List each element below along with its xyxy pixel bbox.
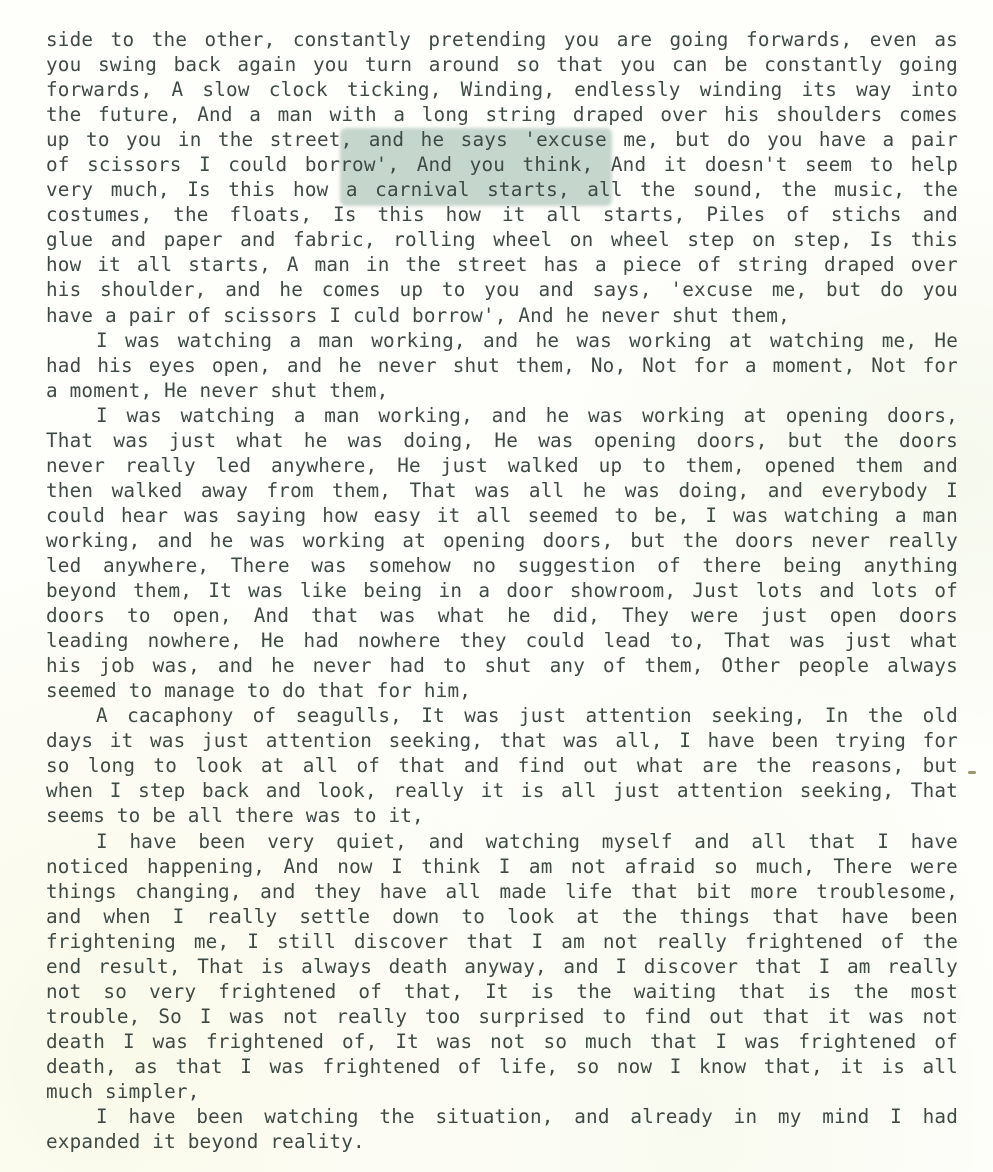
typewritten-text-body: side to the other, constantly pretending… xyxy=(46,27,958,1154)
text-line: then walked away from them, That was all… xyxy=(46,478,958,503)
text-line: seemed to manage to do that for him, xyxy=(46,678,958,703)
text-line: his job was, and he never had to shut an… xyxy=(46,653,958,678)
text-line: forwards, A slow clock ticking, Winding,… xyxy=(46,77,958,102)
text-line: expanded it beyond reality. xyxy=(46,1129,958,1154)
text-line: costumes, the floats, Is this how it all… xyxy=(46,202,958,227)
text-line: frightening me, I still discover that I … xyxy=(46,929,958,954)
text-line: leading nowhere, He had nowhere they cou… xyxy=(46,628,958,653)
text-line: working, and he was working at opening d… xyxy=(46,528,958,553)
text-line: how it all starts, A man in the street h… xyxy=(46,252,958,277)
scanned-page: side to the other, constantly pretending… xyxy=(0,0,993,1172)
text-line: death I was frightened of, It was not so… xyxy=(46,1029,958,1054)
text-line: you swing back again you turn around so … xyxy=(46,52,958,77)
text-line: so long to look at all of that and find … xyxy=(46,753,958,778)
text-line: his shoulder, and he comes up to you and… xyxy=(46,277,958,302)
text-line: when I step back and look, really it is … xyxy=(46,778,958,803)
text-line: glue and paper and fabric, rolling wheel… xyxy=(46,227,958,252)
text-line: a moment, He never shut them, xyxy=(46,378,958,403)
text-line: side to the other, constantly pretending… xyxy=(46,27,958,52)
paragraph-first-line: I was watching a man working, and he was… xyxy=(46,328,958,353)
text-line: could hear was saying how easy it all se… xyxy=(46,503,958,528)
paragraph-first-line: I was watching a man working, and he was… xyxy=(46,403,958,428)
text-line: much simpler, xyxy=(46,1079,958,1104)
text-line: seems to be all there was to it, xyxy=(46,803,958,828)
text-line: of scissors I could borrow', And you thi… xyxy=(46,152,958,177)
paragraph-first-line: A cacaphony of seagulls, It was just att… xyxy=(46,703,958,728)
text-line: doors to open, And that was what he did,… xyxy=(46,603,958,628)
text-line: death, as that I was frightened of life,… xyxy=(46,1054,958,1079)
ink-speck xyxy=(968,771,976,774)
text-line: have a pair of scissors I culd borrow', … xyxy=(46,303,958,328)
text-line: things changing, and they have all made … xyxy=(46,879,958,904)
text-line: never really led anywhere, He just walke… xyxy=(46,453,958,478)
paragraph-first-line: I have been watching the situation, and … xyxy=(46,1104,958,1129)
text-line: very much, Is this how a carnival starts… xyxy=(46,177,958,202)
text-line: not so very frightened of that, It is th… xyxy=(46,979,958,1004)
text-line: had his eyes open, and he never shut the… xyxy=(46,353,958,378)
text-line: trouble, So I was not really too surpris… xyxy=(46,1004,958,1029)
text-line: noticed happening, And now I think I am … xyxy=(46,854,958,879)
text-line: days it was just attention seeking, that… xyxy=(46,728,958,753)
text-line: beyond them, It was like being in a door… xyxy=(46,578,958,603)
text-line: end result, That is always death anyway,… xyxy=(46,954,958,979)
text-line: led anywhere, There was somehow no sugge… xyxy=(46,553,958,578)
text-line: That was just what he was doing, He was … xyxy=(46,428,958,453)
text-line: up to you in the street, and he says 'ex… xyxy=(46,127,958,152)
paragraph-first-line: I have been very quiet, and watching mys… xyxy=(46,829,958,854)
text-line: the future, And a man with a long string… xyxy=(46,102,958,127)
text-line: and when I really settle down to look at… xyxy=(46,904,958,929)
